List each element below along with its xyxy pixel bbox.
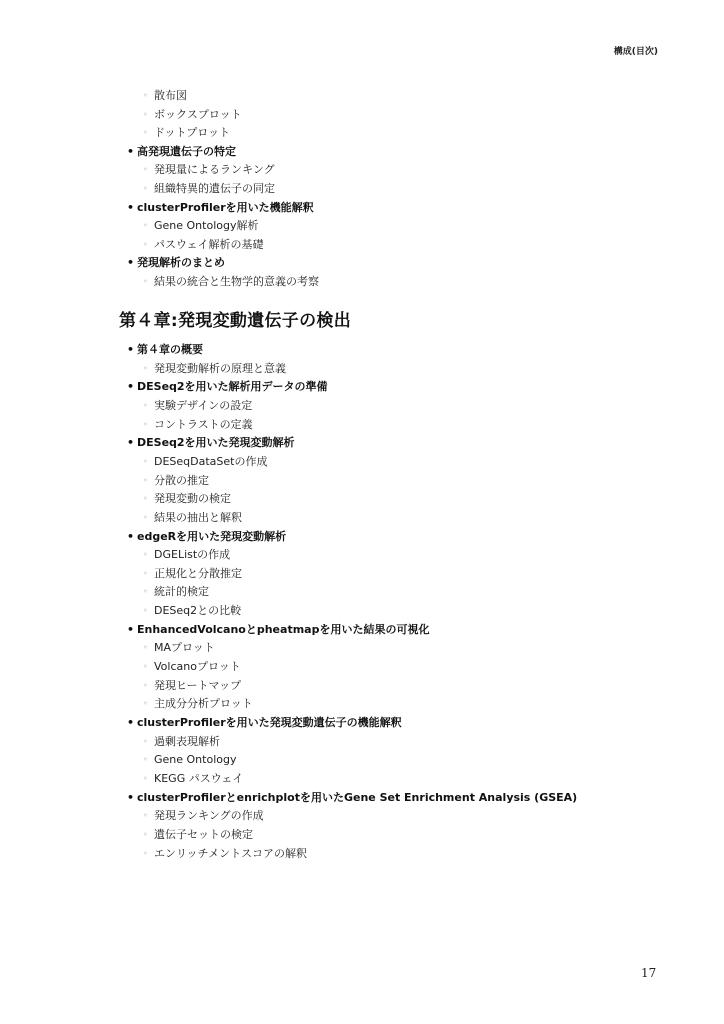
circle-bullet-icon: ◦: [143, 492, 154, 506]
toc-subsection-item: ◦KEGG パスウェイ: [143, 772, 243, 786]
circle-bullet-icon: ◦: [143, 418, 154, 432]
toc-subsection-item: ◦Gene Ontology解析: [143, 219, 258, 233]
toc-subsection-item: ◦DESeq2との比較: [143, 604, 241, 618]
toc-item-label: clusterProfilerとenrichplotを用いたGene Set E…: [137, 791, 577, 804]
toc-item-label: DGEListの作成: [154, 548, 230, 561]
toc-subsection-item: ◦エンリッチメントスコアの解釈: [143, 847, 307, 861]
circle-bullet-icon: ◦: [143, 847, 154, 861]
toc-item-label: 発現解析のまとめ: [137, 256, 225, 269]
toc-subsection-item: ◦MAプロット: [143, 641, 215, 655]
toc-section-item: •edgeRを用いた発現変動解析: [127, 530, 286, 544]
toc-item-label: 主成分分析プロット: [154, 697, 253, 710]
circle-bullet-icon: ◦: [143, 474, 154, 488]
toc-item-label: clusterProfilerを用いた発現変動遺伝子の機能解釈: [137, 716, 402, 729]
toc-item-label: Gene Ontology: [154, 753, 236, 766]
toc-item-label: 組織特異的遺伝子の同定: [154, 182, 275, 195]
toc-item-label: ドットプロット: [154, 126, 230, 139]
toc-item-label: 分散の推定: [154, 474, 209, 487]
circle-bullet-icon: ◦: [143, 126, 154, 140]
toc-item-label: 発現ヒートマップ: [154, 679, 241, 692]
toc-section-item: •DESeq2を用いた発現変動解析: [127, 436, 295, 450]
circle-bullet-icon: ◦: [143, 828, 154, 842]
toc-item-label: 過剰表現解析: [154, 735, 220, 748]
circle-bullet-icon: ◦: [143, 163, 154, 177]
toc-subsection-item: ◦実験デザインの設定: [143, 399, 252, 413]
toc-subsection-item: ◦発現ヒートマップ: [143, 679, 241, 693]
circle-bullet-icon: ◦: [143, 108, 154, 122]
toc-item-label: EnhancedVolcanoとpheatmapを用いた結果の可視化: [137, 623, 429, 636]
circle-bullet-icon: ◦: [143, 362, 154, 376]
toc-item-label: 発現変動の検定: [154, 492, 231, 505]
toc-section-item: •発現解析のまとめ: [127, 256, 225, 270]
toc-subsection-item: ◦Volcanoプロット: [143, 660, 241, 674]
toc-item-label: 高発現遺伝子の特定: [137, 145, 236, 158]
bullet-icon: •: [127, 256, 137, 270]
toc-section-item: •高発現遺伝子の特定: [127, 145, 236, 159]
toc-subsection-item: ◦パスウェイ解析の基礎: [143, 238, 264, 252]
circle-bullet-icon: ◦: [143, 641, 154, 655]
toc-item-label: エンリッチメントスコアの解釈: [154, 847, 307, 860]
toc-subsection-item: ◦ドットプロット: [143, 126, 230, 140]
toc-subsection-item: ◦統計的検定: [143, 585, 209, 599]
chapter-heading: 第４章:発現変動遺伝子の検出: [119, 306, 351, 331]
toc-subsection-item: ◦正規化と分散推定: [143, 567, 242, 581]
toc-subsection-item: ◦発現ランキングの作成: [143, 809, 264, 823]
toc-item-label: パスウェイ解析の基礎: [154, 238, 264, 251]
circle-bullet-icon: ◦: [143, 809, 154, 823]
toc-item-label: MAプロット: [154, 641, 215, 654]
toc-subsection-item: ◦コントラストの定義: [143, 418, 253, 432]
toc-item-label: 発現量によるランキング: [154, 163, 275, 176]
bullet-icon: •: [127, 201, 137, 215]
toc-subsection-item: ◦Gene Ontology: [143, 753, 236, 767]
circle-bullet-icon: ◦: [143, 219, 154, 233]
toc-subsection-item: ◦過剰表現解析: [143, 735, 220, 749]
bullet-icon: •: [127, 791, 137, 805]
toc-section-item: •EnhancedVolcanoとpheatmapを用いた結果の可視化: [127, 623, 429, 637]
toc-subsection-item: ◦散布図: [143, 89, 187, 103]
toc-subsection-item: ◦結果の抽出と解釈: [143, 511, 242, 525]
bullet-icon: •: [127, 380, 137, 394]
circle-bullet-icon: ◦: [143, 753, 154, 767]
toc-item-label: KEGG パスウェイ: [154, 772, 243, 785]
toc-section-item: •DESeq2を用いた解析用データの準備: [127, 380, 328, 394]
toc-subsection-item: ◦分散の推定: [143, 474, 209, 488]
toc-item-label: 散布図: [154, 89, 187, 102]
toc-item-label: clusterProfilerを用いた機能解釈: [137, 201, 314, 214]
toc-subsection-item: ◦遺伝子セットの検定: [143, 828, 253, 842]
toc-subsection-item: ◦ボックスプロット: [143, 108, 242, 122]
toc-section-item: •clusterProfilerを用いた機能解釈: [127, 201, 314, 215]
toc-item-label: 発現変動解析の原理と意義: [154, 362, 286, 375]
toc-item-label: コントラストの定義: [154, 418, 253, 431]
circle-bullet-icon: ◦: [143, 399, 154, 413]
toc-subsection-item: ◦発現変動解析の原理と意義: [143, 362, 286, 376]
toc-item-label: ボックスプロット: [154, 108, 242, 121]
circle-bullet-icon: ◦: [143, 697, 154, 711]
circle-bullet-icon: ◦: [143, 772, 154, 786]
toc-subsection-item: ◦発現変動の検定: [143, 492, 231, 506]
running-header: 構成(目次): [614, 44, 658, 57]
toc-item-label: 結果の統合と生物学的意義の考察: [154, 275, 319, 288]
circle-bullet-icon: ◦: [143, 238, 154, 252]
toc-item-label: 第４章の概要: [137, 343, 203, 356]
circle-bullet-icon: ◦: [143, 275, 154, 289]
circle-bullet-icon: ◦: [143, 182, 154, 196]
bullet-icon: •: [127, 436, 137, 450]
circle-bullet-icon: ◦: [143, 89, 154, 103]
toc-subsection-item: ◦組織特異的遺伝子の同定: [143, 182, 275, 196]
toc-section-item: •clusterProfilerとenrichplotを用いたGene Set …: [127, 791, 577, 805]
toc-item-label: 結果の抽出と解釈: [154, 511, 242, 524]
toc-item-label: 実験デザインの設定: [154, 399, 252, 412]
circle-bullet-icon: ◦: [143, 548, 154, 562]
toc-item-label: DESeqDataSetの作成: [154, 455, 267, 468]
circle-bullet-icon: ◦: [143, 455, 154, 469]
circle-bullet-icon: ◦: [143, 567, 154, 581]
toc-item-label: 統計的検定: [154, 585, 209, 598]
toc-item-label: edgeRを用いた発現変動解析: [137, 530, 286, 543]
toc-subsection-item: ◦発現量によるランキング: [143, 163, 275, 177]
toc-subsection-item: ◦主成分分析プロット: [143, 697, 253, 711]
toc-item-label: 遺伝子セットの検定: [154, 828, 253, 841]
circle-bullet-icon: ◦: [143, 679, 154, 693]
circle-bullet-icon: ◦: [143, 735, 154, 749]
toc-item-label: DESeq2との比較: [154, 604, 241, 617]
toc-item-label: DESeq2を用いた解析用データの準備: [137, 380, 328, 393]
toc-subsection-item: ◦結果の統合と生物学的意義の考察: [143, 275, 319, 289]
toc-subsection-item: ◦DGEListの作成: [143, 548, 230, 562]
toc-item-label: 発現ランキングの作成: [154, 809, 264, 822]
circle-bullet-icon: ◦: [143, 585, 154, 599]
bullet-icon: •: [127, 145, 137, 159]
toc-subsection-item: ◦DESeqDataSetの作成: [143, 455, 267, 469]
bullet-icon: •: [127, 716, 137, 730]
bullet-icon: •: [127, 623, 137, 637]
circle-bullet-icon: ◦: [143, 511, 154, 525]
toc-section-item: •第４章の概要: [127, 343, 203, 357]
bullet-icon: •: [127, 343, 137, 357]
toc-item-label: DESeq2を用いた発現変動解析: [137, 436, 295, 449]
circle-bullet-icon: ◦: [143, 660, 154, 674]
page-number: 17: [641, 966, 656, 980]
toc-item-label: 正規化と分散推定: [154, 567, 242, 580]
toc-section-item: •clusterProfilerを用いた発現変動遺伝子の機能解釈: [127, 716, 402, 730]
toc-item-label: Volcanoプロット: [154, 660, 241, 673]
toc-item-label: Gene Ontology解析: [154, 219, 258, 232]
bullet-icon: •: [127, 530, 137, 544]
circle-bullet-icon: ◦: [143, 604, 154, 618]
